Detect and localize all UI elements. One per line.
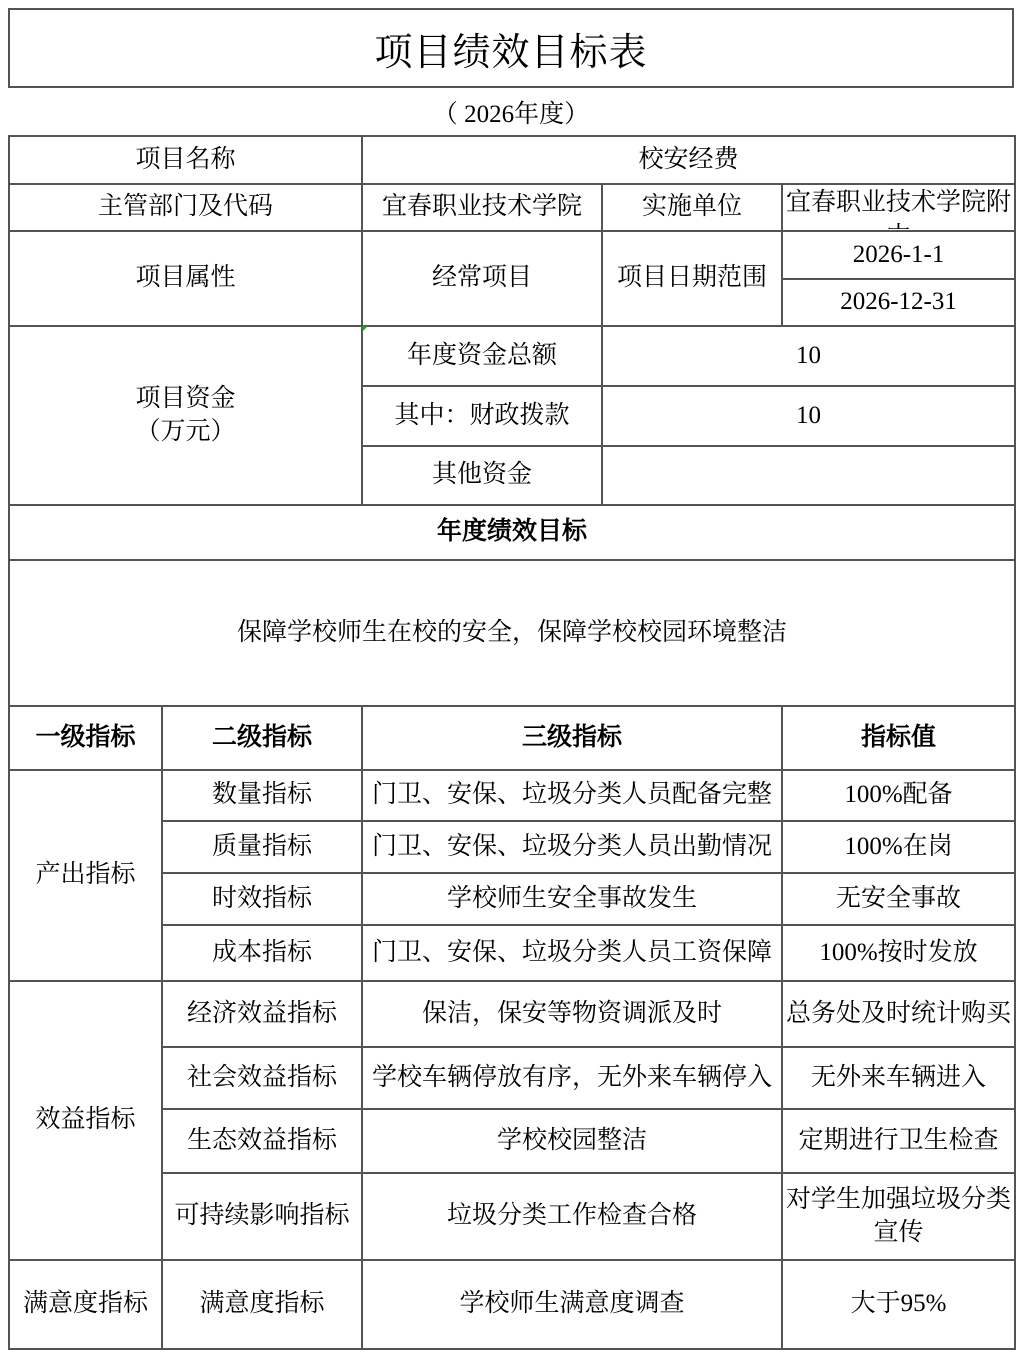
indicator-level2: 社会效益指标 (162, 1047, 362, 1109)
header-level2: 二级指标 (162, 706, 362, 770)
attribute-value: 经常项目 (362, 231, 602, 326)
table-row: 项目名称 校安经费 (9, 136, 1015, 184)
indicator-level2: 可持续影响指标 (162, 1173, 362, 1260)
attribute-label: 项目属性 (9, 231, 362, 326)
page-subtitle-year: （ 2026年度） (8, 88, 1014, 135)
indicator-level2: 生态效益指标 (162, 1109, 362, 1173)
indicator-value: 无安全事故 (782, 873, 1015, 925)
performance-target-table: 项目名称 校安经费 主管部门及代码 宜春职业技术学院 实施单位 宜春职业技术学院… (8, 135, 1016, 1350)
indicator-level3: 学校校园整洁 (362, 1109, 782, 1173)
indicator-level2: 时效指标 (162, 873, 362, 925)
header-value: 指标值 (782, 706, 1015, 770)
funds-other-label: 其他资金 (362, 446, 602, 505)
indicator-level2: 成本指标 (162, 925, 362, 981)
table-header-row: 一级指标 二级指标 三级指标 指标值 (9, 706, 1015, 770)
indicator-row: 满意度指标 满意度指标 学校师生满意度调查 大于95% (9, 1260, 1015, 1349)
indicator-level3: 学校师生安全事故发生 (362, 873, 782, 925)
table-row: 项目资金 （万元） 年度资金总额 10 (9, 326, 1015, 386)
page-title: 项目绩效目标表 (8, 8, 1014, 88)
indicator-value: 定期进行卫生检查 (782, 1109, 1015, 1173)
impl-unit-value-text: 宜春职业技术学院附中 (785, 186, 1012, 229)
group-label-benefit: 效益指标 (9, 981, 162, 1260)
indicator-value: 大于95% (782, 1260, 1015, 1349)
date-start-value: 2026-1-1 (782, 231, 1015, 279)
group-label-output: 产出指标 (9, 770, 162, 981)
indicator-level2: 经济效益指标 (162, 981, 362, 1047)
dept-label: 主管部门及代码 (9, 184, 362, 231)
annual-goal-text: 保障学校师生在校的安全，保障学校校园环境整洁 (9, 560, 1015, 706)
header-level3: 三级指标 (362, 706, 782, 770)
indicator-value: 100%配备 (782, 770, 1015, 821)
funds-label: 项目资金 （万元） (9, 326, 362, 505)
indicator-value: 总务处及时统计购买 (782, 981, 1015, 1047)
indicator-level3: 保洁，保安等物资调派及时 (362, 981, 782, 1047)
funds-total-value: 10 (602, 326, 1015, 386)
table-row: 主管部门及代码 宜春职业技术学院 实施单位 宜春职业技术学院附中 (9, 184, 1015, 231)
funds-fiscal-label: 其中：财政拨款 (362, 386, 602, 446)
indicator-level2: 满意度指标 (162, 1260, 362, 1349)
dept-value: 宜春职业技术学院 (362, 184, 602, 231)
table-row: 年度绩效目标 (9, 505, 1015, 560)
annual-goal-header: 年度绩效目标 (9, 505, 1015, 560)
indicator-value: 无外来车辆进入 (782, 1047, 1015, 1109)
indicator-value: 100%按时发放 (782, 925, 1015, 981)
funds-fiscal-value: 10 (602, 386, 1015, 446)
funds-label-line1: 项目资金 (12, 383, 359, 416)
project-name-label: 项目名称 (9, 136, 362, 184)
indicator-level2: 质量指标 (162, 821, 362, 873)
funds-total-label: 年度资金总额 (362, 326, 602, 386)
indicator-level2: 数量指标 (162, 770, 362, 821)
indicator-level3: 学校师生满意度调查 (362, 1260, 782, 1349)
cell-flag-icon (362, 326, 368, 332)
impl-unit-label: 实施单位 (602, 184, 782, 231)
project-name-value: 校安经费 (362, 136, 1015, 184)
indicator-level3: 垃圾分类工作检查合格 (362, 1173, 782, 1260)
header-level1: 一级指标 (9, 706, 162, 770)
date-range-label: 项目日期范围 (602, 231, 782, 326)
indicator-level3: 学校车辆停放有序，无外来车辆停入 (362, 1047, 782, 1109)
group-label-satisfaction: 满意度指标 (9, 1260, 162, 1349)
indicator-level3: 门卫、安保、垃圾分类人员配备完整 (362, 770, 782, 821)
table-row: 项目属性 经常项目 项目日期范围 2026-1-1 (9, 231, 1015, 279)
funds-other-value (602, 446, 1015, 505)
funds-label-line2: （万元） (12, 416, 359, 449)
table-row: 保障学校师生在校的安全，保障学校校园环境整洁 (9, 560, 1015, 706)
indicator-value: 对学生加强垃圾分类宣传 (782, 1173, 1015, 1260)
indicator-row: 效益指标 经济效益指标 保洁，保安等物资调派及时 总务处及时统计购买 (9, 981, 1015, 1047)
impl-unit-value: 宜春职业技术学院附中 (782, 184, 1015, 231)
indicator-row: 产出指标 数量指标 门卫、安保、垃圾分类人员配备完整 100%配备 (9, 770, 1015, 821)
indicator-level3: 门卫、安保、垃圾分类人员工资保障 (362, 925, 782, 981)
indicator-value: 100%在岗 (782, 821, 1015, 873)
performance-target-sheet: 项目绩效目标表 （ 2026年度） 项目名称 校安经费 主管部门及代码 宜春职业… (8, 8, 1014, 1350)
date-end-value: 2026-12-31 (782, 279, 1015, 326)
indicator-level3: 门卫、安保、垃圾分类人员出勤情况 (362, 821, 782, 873)
